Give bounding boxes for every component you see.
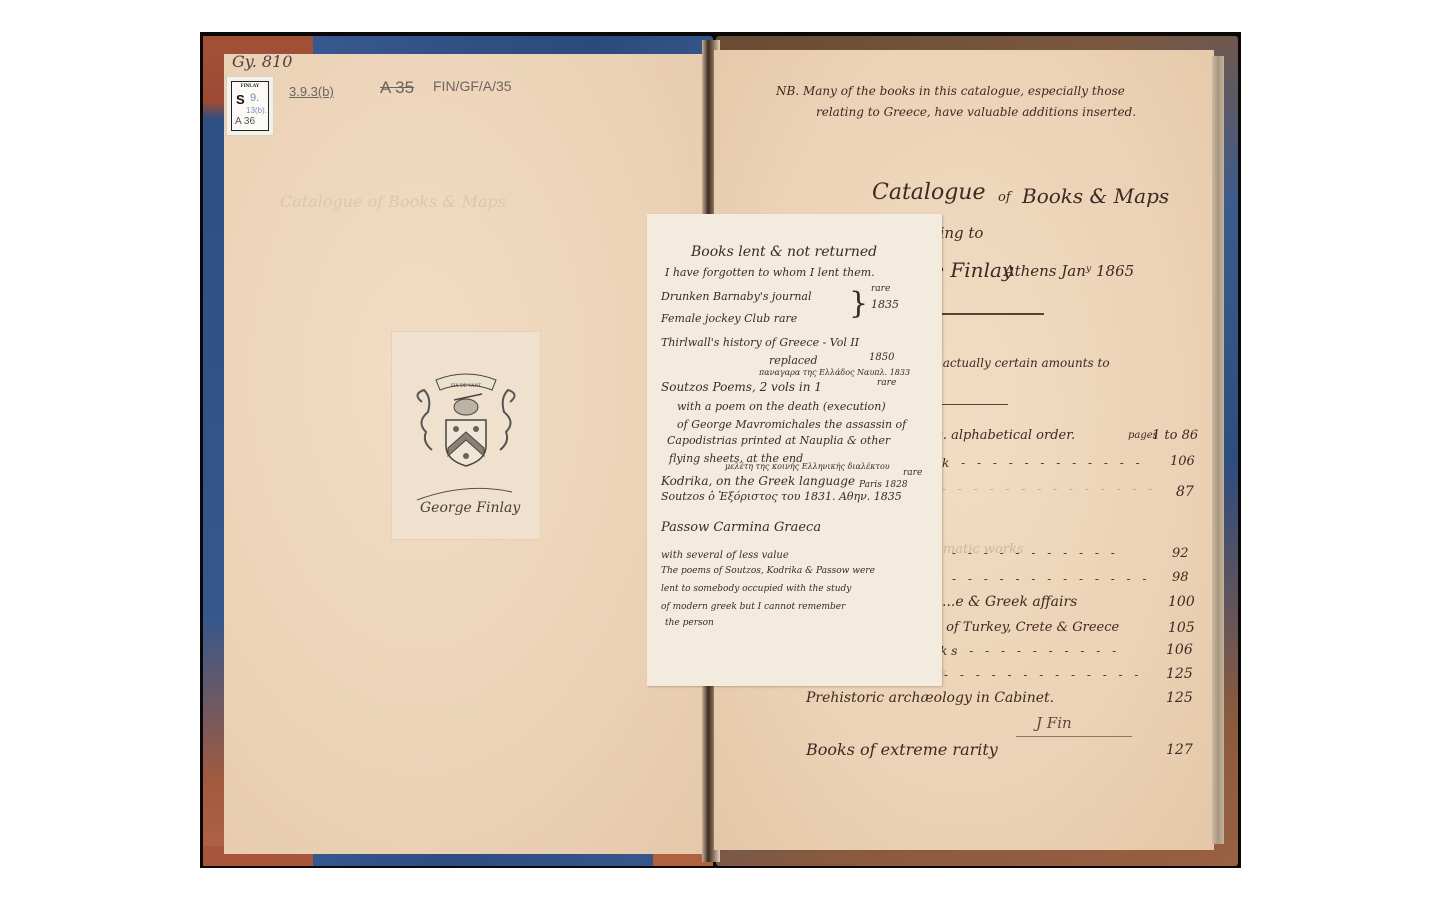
note-line: Kodrika, on the Greek language <box>661 474 855 488</box>
label-number-3: A 36 <box>235 116 255 127</box>
current-shelfmark: FIN/GF/A/35 <box>433 78 512 94</box>
note-line: the person <box>665 618 714 628</box>
title-books-maps: Books & Maps <box>1022 184 1169 208</box>
initials-flourish <box>1016 736 1132 737</box>
title-rule <box>940 313 1044 315</box>
crossed-shelfmark: 3.9.3(b) <box>289 84 334 99</box>
note-line: rare <box>903 468 922 478</box>
note-line: Capodistrias printed at Nauplia & other <box>667 434 890 447</box>
contents-row-8-page: 106 <box>1166 642 1193 658</box>
inserted-note-slip: Books lent & not returned I have forgott… <box>647 214 942 686</box>
note-line: rare <box>877 378 896 388</box>
note-greek-annotation: μελέτη της κοινής Ελληνικής διαλέκτου <box>725 462 890 471</box>
note-line: of modern greek but I cannot remember <box>661 602 845 612</box>
contents-row-6-label: ...e & Greek affairs <box>942 594 1077 610</box>
note-greek-annotation: παναγαρα της Ελλάδος Ναυπλ. 1833 <box>759 368 910 377</box>
contents-row-9-leader: - - - - - - - - - - - - - <box>944 668 1142 682</box>
note-heading: Books lent & not returned <box>691 244 877 260</box>
note-line: I have forgotten to whom I lent them. <box>665 266 875 279</box>
label-heading: FINLAY <box>232 84 268 89</box>
contents-row-2-page: 106 <box>1170 454 1195 469</box>
note-line: with several of less value <box>661 550 789 561</box>
contents-row-2-leader: k - - - - - - - - - - - - <box>942 456 1144 470</box>
note-line: Soutzos ὁ Ἐξόριστος του 1831. Αθην. 1835 <box>661 490 902 503</box>
bracket: } <box>849 286 868 321</box>
note-line: Thirlwall's history of Greece - Vol II <box>661 336 859 349</box>
note-line: of George Mavromichales the assassin of <box>677 418 906 431</box>
note-line: Female jockey Club rare <box>661 312 797 325</box>
contents-row-4-leader: - - - - - - - - - - - <box>952 546 1119 560</box>
nb-note-line-1: NB. Many of the books in this catalogue,… <box>776 84 1125 98</box>
initials: J Fin <box>1036 714 1072 732</box>
pencil-mark-top-left: Gy. 810 <box>232 52 292 71</box>
note-line: Soutzos Poems, 2 vols in 1 <box>661 380 822 394</box>
note-line: Paris 1828 <box>859 480 908 490</box>
title-catalogue: Catalogue <box>872 180 985 205</box>
note-line: 1850 <box>869 352 894 363</box>
contents-row-11-page: 127 <box>1166 742 1193 758</box>
contents-row-8-leader: ks - - - - - - - - - - <box>940 644 1120 658</box>
offset-ghost-title: Catalogue of Books & Maps <box>280 192 506 211</box>
note-line: The poems of Soutzos, Kodrika & Passow w… <box>661 566 875 576</box>
contents-row-4-page: 92 <box>1172 546 1189 561</box>
bracket-note-bottom: 1835 <box>871 298 899 311</box>
contents-row-10-label: Prehistoric archæology in Cabinet. <box>806 690 1054 706</box>
contents-row-3-leader: - - - - - - - - - - - - - - <box>942 482 1156 496</box>
note-line: lent to somebody occupied with the study <box>661 584 851 594</box>
contents-row-7-page: 105 <box>1168 620 1195 636</box>
contents-row-5-leader: - - - - - - - - - - - - - <box>952 572 1150 586</box>
contents-row-10-page: 125 <box>1166 690 1193 706</box>
contents-row-11-label: Books of extreme rarity <box>806 740 998 759</box>
crossed-number: A 35 <box>380 78 414 98</box>
note-line: Passow Carmina Graeca <box>661 520 821 535</box>
library-shelfmark-label: FINLAY S 9. 13(b). A 36 <box>226 76 274 136</box>
title-of: of <box>998 190 1011 205</box>
page-block-edge <box>1212 56 1224 844</box>
nb-note-line-2: relating to Greece, have valuable additi… <box>816 105 1136 119</box>
contents-row-3-page: 87 <box>1176 484 1194 500</box>
label-letter: S <box>236 92 245 107</box>
contents-row-5-page: 98 <box>1172 570 1189 585</box>
note-line: Drunken Barnaby's journal <box>661 290 812 303</box>
motto-text: FIX DE VANT <box>451 384 481 389</box>
label-number-1: 9. <box>250 92 259 104</box>
contents-row-6-page: 100 <box>1168 594 1195 610</box>
note-line: with a poem on the death (execution) <box>677 400 886 413</box>
bookplate: FIX DE VANT George Finlay <box>391 331 541 540</box>
title-place-date: Athens Janʸ 1865 <box>1004 262 1134 280</box>
contents-row-1-page: 1 to 86 <box>1152 428 1198 443</box>
bracket-note-top: rare <box>871 284 890 294</box>
contents-row-9-page: 125 <box>1166 666 1193 682</box>
note-line: replaced <box>769 354 818 367</box>
bookplate-signature: George Finlay <box>420 500 520 516</box>
label-number-2: 13(b). <box>246 106 267 115</box>
